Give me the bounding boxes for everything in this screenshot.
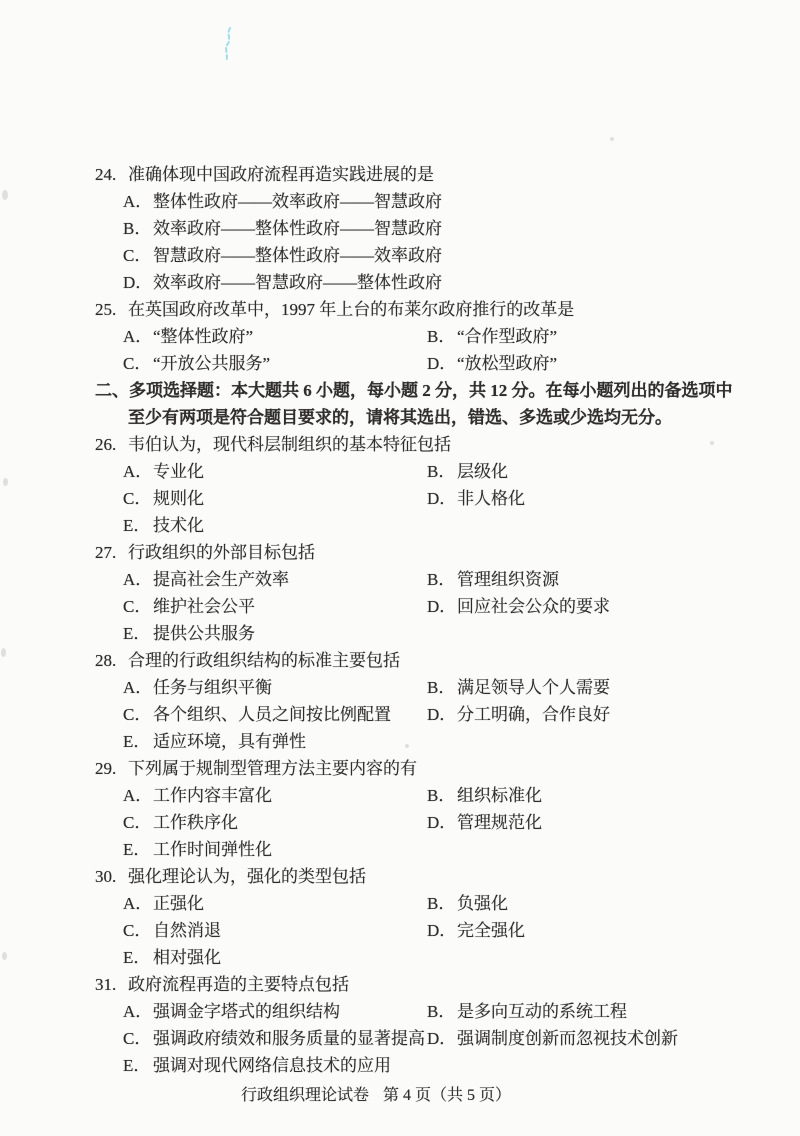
option-28-b-label: B．	[427, 674, 457, 701]
question-30: 30.强化理论认为，强化的类型包括 A．正强化 B．负强化 C．自然消退 D．完…	[95, 863, 755, 971]
section-2-header-line2: 至少有两项是符合题目要求的，请将其选出，错选、多选或少选均无分。	[95, 404, 755, 431]
option-24-c-text: 智慧政府——整体性政府——效率政府	[153, 246, 442, 265]
option-25-c: C．“开放公共服务”	[123, 350, 427, 377]
option-30-b-label: B．	[427, 890, 457, 917]
option-24-d-label: D．	[123, 269, 153, 296]
section-2-header-line1: 二、多项选择题：本大题共 6 小题，每小题 2 分，共 12 分。在每小题列出的…	[95, 377, 755, 404]
option-25-d-text: “放松型政府”	[457, 354, 557, 373]
option-29-d: D．管理规范化	[427, 809, 755, 836]
question-27-text: 行政组织的外部目标包括	[128, 543, 315, 562]
option-30-e: E．相对强化	[123, 944, 755, 971]
option-27-a-text: 提高社会生产效率	[153, 570, 289, 589]
option-31-b-text: 是多向互动的系统工程	[457, 1002, 627, 1021]
option-30-d-label: D．	[427, 917, 457, 944]
question-26: 26.韦伯认为，现代科层制组织的基本特征包括 A．专业化 B．层级化 C．规则化…	[95, 431, 755, 539]
option-28-d: D．分工明确，合作良好	[427, 701, 755, 728]
option-24-c-label: C．	[123, 242, 153, 269]
option-24-a-label: A．	[123, 188, 153, 215]
scan-speck	[1, 648, 6, 657]
option-28-d-label: D．	[427, 701, 457, 728]
option-24-d: D．效率政府——智慧政府——整体性政府	[123, 269, 755, 296]
cyan-pen-mark	[220, 26, 236, 64]
option-31-a-text: 强调金字塔式的组织结构	[153, 1002, 340, 1021]
option-28-a: A．任务与组织平衡	[123, 674, 427, 701]
option-29-b-text: 组织标准化	[457, 786, 542, 805]
question-25-text: 在英国政府改革中，1997 年上台的布莱尔政府推行的改革是	[128, 300, 574, 319]
option-24-b: B．效率政府——整体性政府——智慧政府	[123, 215, 755, 242]
question-31-number: 31.	[95, 971, 128, 998]
option-31-d: D．强调制度创新而忽视技术创新	[427, 1025, 755, 1052]
question-25-number: 25.	[95, 296, 128, 323]
option-27-d-label: D．	[427, 593, 457, 620]
option-29-d-label: D．	[427, 809, 457, 836]
option-25-d: D．“放松型政府”	[427, 350, 755, 377]
option-30-a-label: A．	[123, 890, 153, 917]
option-30-b: B．负强化	[427, 890, 755, 917]
question-29: 29.下列属于规制型管理方法主要内容的有 A．工作内容丰富化 B．组织标准化 C…	[95, 755, 755, 863]
option-29-a: A．工作内容丰富化	[123, 782, 427, 809]
option-29-e: E．工作时间弹性化	[123, 836, 755, 863]
option-27-b-label: B．	[427, 566, 457, 593]
option-31-d-text: 强调制度创新而忽视技术创新	[457, 1029, 678, 1048]
question-29-number: 29.	[95, 755, 128, 782]
option-29-b-label: B．	[427, 782, 457, 809]
question-31-text: 政府流程再造的主要特点包括	[128, 975, 349, 994]
question-28-text: 合理的行政组织结构的标准主要包括	[128, 651, 400, 670]
option-27-b: B．管理组织资源	[427, 566, 755, 593]
option-24-d-text: 效率政府——智慧政府——整体性政府	[153, 273, 442, 292]
question-26-text: 韦伯认为，现代科层制组织的基本特征包括	[128, 435, 451, 454]
option-28-c: C．各个组织、人员之间按比例配置	[123, 701, 427, 728]
option-25-b: B．“合作型政府”	[427, 323, 755, 350]
scan-speck	[3, 478, 8, 486]
option-28-c-text: 各个组织、人员之间按比例配置	[153, 705, 391, 724]
option-27-a: A．提高社会生产效率	[123, 566, 427, 593]
question-27: 27.行政组织的外部目标包括 A．提高社会生产效率 B．管理组织资源 C．维护社…	[95, 539, 755, 647]
option-25-a-text: “整体性政府”	[153, 327, 253, 346]
scan-speck	[610, 137, 614, 141]
page-footer: 行政组织理论试卷第 4 页（共 5 页）	[0, 1082, 776, 1105]
option-29-a-text: 工作内容丰富化	[153, 786, 272, 805]
option-31-c-text: 强调政府绩效和服务质量的显著提高	[153, 1029, 425, 1048]
option-31-a: A．强调金字塔式的组织结构	[123, 998, 427, 1025]
option-24-a: A．整体性政府——效率政府——智慧政府	[123, 188, 755, 215]
option-25-d-label: D．	[427, 350, 457, 377]
option-26-e-label: E．	[123, 512, 153, 539]
option-28-d-text: 分工明确，合作良好	[457, 705, 610, 724]
option-26-b-text: 层级化	[457, 462, 508, 481]
option-31-e-text: 强调对现代网络信息技术的应用	[153, 1056, 391, 1075]
option-30-b-text: 负强化	[457, 894, 508, 913]
question-31: 31.政府流程再造的主要特点包括 A．强调金字塔式的组织结构 B．是多向互动的系…	[95, 971, 755, 1079]
option-28-a-text: 任务与组织平衡	[153, 678, 272, 697]
question-24-text: 准确体现中国政府流程再造实践进展的是	[128, 165, 434, 184]
option-25-b-label: B．	[427, 323, 457, 350]
option-27-e-label: E．	[123, 620, 153, 647]
option-26-d-text: 非人格化	[457, 489, 525, 508]
question-24: 24.准确体现中国政府流程再造实践进展的是 A．整体性政府——效率政府——智慧政…	[95, 161, 755, 296]
option-29-c: C．工作秩序化	[123, 809, 427, 836]
option-25-c-text: “开放公共服务”	[153, 354, 270, 373]
option-28-e-text: 适应环境，具有弹性	[153, 732, 306, 751]
option-27-d-text: 回应社会公众的要求	[457, 597, 610, 616]
option-31-d-label: D．	[427, 1025, 457, 1052]
option-26-a: A．专业化	[123, 458, 427, 485]
option-30-e-label: E．	[123, 944, 153, 971]
option-24-b-text: 效率政府——整体性政府——智慧政府	[153, 219, 442, 238]
option-30-d: D．完全强化	[427, 917, 755, 944]
option-28-b: B．满足领导人个人需要	[427, 674, 755, 701]
question-29-text: 下列属于规制型管理方法主要内容的有	[128, 759, 417, 778]
question-28: 28.合理的行政组织结构的标准主要包括 A．任务与组织平衡 B．满足领导人个人需…	[95, 647, 755, 755]
option-30-a-text: 正强化	[153, 894, 204, 913]
option-31-e-label: E．	[123, 1052, 153, 1079]
option-29-e-label: E．	[123, 836, 153, 863]
option-30-c-text: 自然消退	[153, 921, 221, 940]
option-27-e: E．提供公共服务	[123, 620, 755, 647]
option-29-c-text: 工作秩序化	[153, 813, 238, 832]
option-30-a: A．正强化	[123, 890, 427, 917]
option-28-e-label: E．	[123, 728, 153, 755]
option-29-e-text: 工作时间弹性化	[153, 840, 272, 859]
option-28-b-text: 满足领导人个人需要	[457, 678, 610, 697]
option-27-c: C．维护社会公平	[123, 593, 427, 620]
option-26-a-label: A．	[123, 458, 153, 485]
question-25: 25.在英国政府改革中，1997 年上台的布莱尔政府推行的改革是 A．“整体性政…	[95, 296, 755, 377]
option-30-c-label: C．	[123, 917, 153, 944]
option-27-c-text: 维护社会公平	[153, 597, 255, 616]
option-28-a-label: A．	[123, 674, 153, 701]
section-2-header: 二、多项选择题：本大题共 6 小题，每小题 2 分，共 12 分。在每小题列出的…	[95, 377, 755, 431]
option-26-c-label: C．	[123, 485, 153, 512]
option-26-a-text: 专业化	[153, 462, 204, 481]
exam-page-content: 24.准确体现中国政府流程再造实践进展的是 A．整体性政府——效率政府——智慧政…	[95, 161, 755, 1079]
option-31-e: E．强调对现代网络信息技术的应用	[123, 1052, 755, 1079]
option-26-e: E．技术化	[123, 512, 755, 539]
option-27-e-text: 提供公共服务	[153, 624, 255, 643]
option-27-b-text: 管理组织资源	[457, 570, 559, 589]
option-26-b-label: B．	[427, 458, 457, 485]
option-27-a-label: A．	[123, 566, 153, 593]
option-30-c: C．自然消退	[123, 917, 427, 944]
option-26-c-text: 规则化	[153, 489, 204, 508]
option-24-c: C．智慧政府——整体性政府——效率政府	[123, 242, 755, 269]
question-30-text: 强化理论认为，强化的类型包括	[128, 867, 366, 886]
option-30-d-text: 完全强化	[457, 921, 525, 940]
option-29-d-text: 管理规范化	[457, 813, 542, 832]
option-24-a-text: 整体性政府——效率政府——智慧政府	[153, 192, 442, 211]
option-31-c-label: C．	[123, 1025, 153, 1052]
option-30-e-text: 相对强化	[153, 948, 221, 967]
footer-exam-title: 行政组织理论试卷	[241, 1087, 369, 1104]
option-25-b-text: “合作型政府”	[457, 327, 557, 346]
option-24-b-label: B．	[123, 215, 153, 242]
question-26-number: 26.	[95, 431, 128, 458]
option-27-d: D．回应社会公众的要求	[427, 593, 755, 620]
option-29-a-label: A．	[123, 782, 153, 809]
option-26-c: C．规则化	[123, 485, 427, 512]
option-28-c-label: C．	[123, 701, 153, 728]
question-28-number: 28.	[95, 647, 128, 674]
option-25-a-label: A．	[123, 323, 153, 350]
option-26-b: B．层级化	[427, 458, 755, 485]
option-26-e-text: 技术化	[153, 516, 204, 535]
question-24-number: 24.	[95, 161, 128, 188]
option-27-c-label: C．	[123, 593, 153, 620]
option-31-b: B．是多向互动的系统工程	[427, 998, 755, 1025]
scan-speck	[2, 952, 7, 960]
option-25-a: A．“整体性政府”	[123, 323, 427, 350]
option-29-b: B．组织标准化	[427, 782, 755, 809]
option-26-d-label: D．	[427, 485, 457, 512]
option-31-c: C．强调政府绩效和服务质量的显著提高	[123, 1025, 427, 1052]
question-30-number: 30.	[95, 863, 128, 890]
question-27-number: 27.	[95, 539, 128, 566]
option-28-e: E．适应环境，具有弹性	[123, 728, 755, 755]
option-31-a-label: A．	[123, 998, 153, 1025]
footer-page-number: 第 4 页（共 5 页）	[383, 1087, 511, 1104]
option-25-c-label: C．	[123, 350, 153, 377]
option-31-b-label: B．	[427, 998, 457, 1025]
option-26-d: D．非人格化	[427, 485, 755, 512]
option-29-c-label: C．	[123, 809, 153, 836]
scan-speck	[2, 190, 8, 200]
